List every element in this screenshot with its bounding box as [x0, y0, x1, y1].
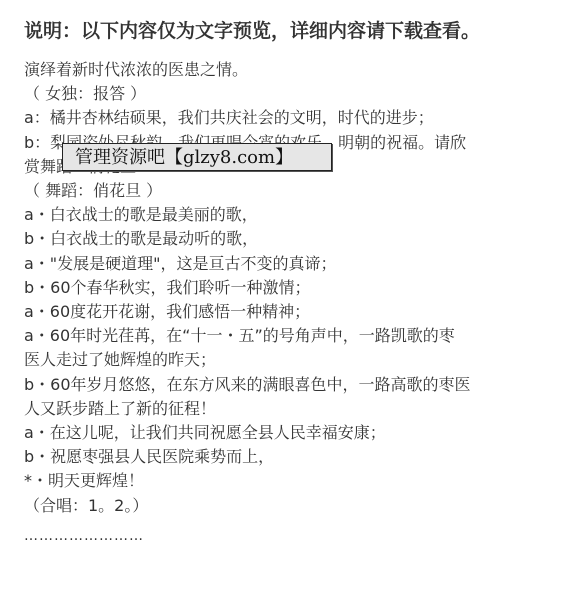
text-line: （ 舞蹈：俏花旦 ） [24, 179, 559, 203]
text-line: （ 女独：报答 ） [24, 82, 559, 106]
text-line: b・祝愿枣强县人民医院乘势而上， [24, 445, 559, 469]
text-line: 医人走过了她辉煌的昨天； [24, 348, 559, 372]
text-line: b・60个春华秋实，我们聆听一种激情； [24, 276, 559, 300]
document-body: 演绎着新时代浓浓的医患之情。 （ 女独：报答 ） a：橘井杏林结硕果，我们共庆社… [24, 58, 559, 548]
text-line: a：橘井杏林结硕果，我们共庆社会的文明，时代的进步； [24, 106, 559, 130]
text-line: *・明天更辉煌！ [24, 469, 559, 493]
text-line: a・在这儿呢，让我们共同祝愿全县人民幸福安康； [24, 421, 559, 445]
text-line: a・白衣战士的歌是最美丽的歌， [24, 203, 559, 227]
text-line: 人又跃步踏上了新的征程！ [24, 397, 559, 421]
text-line: a・60度花开花谢，我们感悟一种精神； [24, 300, 559, 324]
text-line: a・60年时光荏苒，在“十一・五”的号角声中，一路凯歌的枣 [24, 324, 559, 348]
ellipsis-dots: …………………… [24, 524, 559, 548]
text-line: 演绎着新时代浓浓的医患之情。 [24, 58, 559, 82]
text-line: a・"发展是硬道理"，这是亘古不变的真谛； [24, 252, 559, 276]
watermark-banner: 管理资源吧【glzy8.com】 [62, 143, 332, 171]
preview-notice: 说明：以下内容仅为文字预览，详细内容请下载查看。 [24, 16, 480, 43]
text-line: b・白衣战士的歌是最动听的歌， [24, 227, 559, 251]
text-line: （合唱：1。2。） [24, 494, 559, 518]
text-line: b・60年岁月悠悠，在东方风来的满眼喜色中，一路高歌的枣医 [24, 373, 559, 397]
